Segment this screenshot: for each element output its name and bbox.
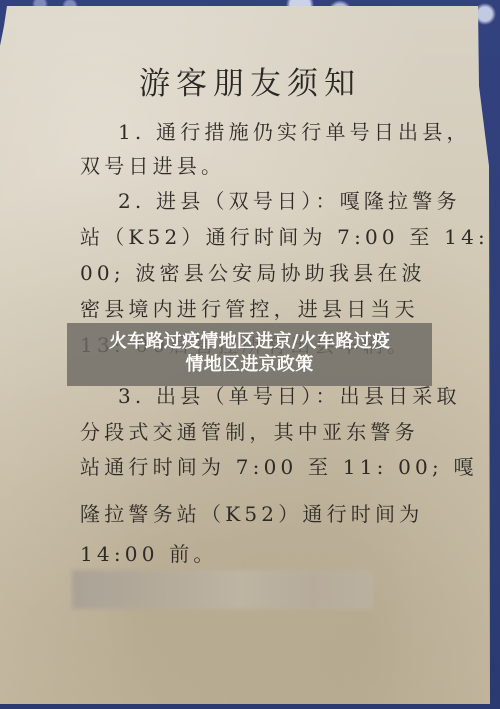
notice-line-1: 1. 通行措施仍实行单号日出县， — [118, 116, 471, 145]
caption-banner: 火车路过疫情地区进京/火车路过疫 情地区进京政策 — [67, 323, 432, 386]
caption-line-1: 火车路过疫情地区进京/火车路过疫 — [67, 330, 432, 353]
notice-line-11: 隆拉警务站（K52）通行时间为 — [80, 498, 423, 527]
notice-line-5: 00; 波密县公安局协助我县在波 — [80, 257, 426, 286]
redacted-signature-area — [72, 570, 373, 609]
notice-line-6: 密县境内进行管控，进县日当天 — [80, 293, 419, 322]
notice-line-9: 分段式交通管制，其中亚东警务 — [80, 416, 419, 445]
notice-line-12: 14:00 前。 — [80, 538, 218, 567]
notice-title: 游客朋友须知 — [0, 58, 500, 103]
notice-line-4: 站（K52）通行时间为 7:00 至 14: — [80, 221, 489, 250]
notice-line-10: 站通行时间为 7:00 至 11: 00; 嘎 — [80, 451, 478, 480]
caption-line-2: 情地区进京政策 — [67, 353, 432, 376]
notice-line-2: 双号日进县。 — [80, 150, 225, 179]
notice-line-3: 2. 进县（双号日）：嘎隆拉警务 — [118, 185, 461, 214]
